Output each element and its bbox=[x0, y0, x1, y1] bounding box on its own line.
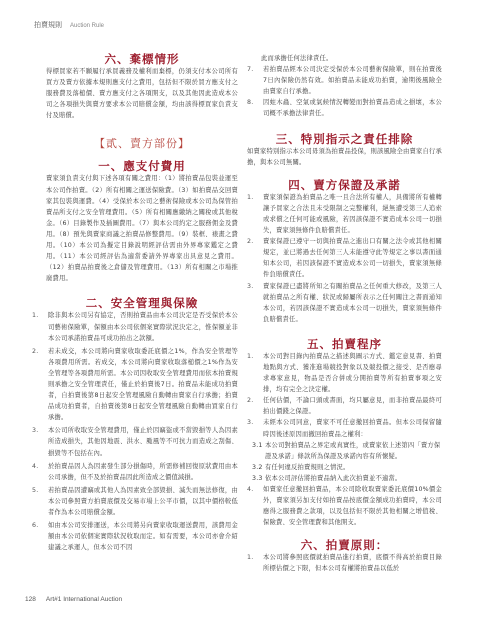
list-item: 2.賣家保證已遵守一切與拍賣品之進出口有關之法令或其他相關規定，並已將過去任何第… bbox=[247, 236, 442, 280]
section-title-procedure: 五、拍賣程序 bbox=[247, 337, 442, 351]
list-item: 3.賣家保證已盡將所知之有關拍賣品之任何重大修改，及第三人就拍賣品之所有權、狀況… bbox=[247, 281, 442, 325]
list-item: 5.若拍賣品因遭竊或其他人為因素致全部毀損、滅失而無法修復，由本公司參照賣方拍賣… bbox=[32, 485, 238, 518]
continued-text: 此而承擔任何法律責任。 bbox=[247, 53, 442, 64]
list-item: 2.若未成交，本公司將向賣家收取委託底價之1%，作為安全管理等各項費用所需。若成… bbox=[32, 346, 238, 424]
sub-list-item: 3.1本公司對拍賣品之界定或真實性，或賣家依上述第四「賣方保證及承諾」條款所為保… bbox=[247, 440, 442, 462]
list-item: 1.除非與本公司另有協定，否則拍賣品由本公司決定是否受保於本公司藝術保險單，保額… bbox=[32, 310, 238, 343]
section-title-instructions: 三、特別指示之責任排除 bbox=[247, 132, 442, 146]
section-title-warranties: 四、賣方保證及承諾 bbox=[247, 178, 442, 192]
left-column: 六、棄標情形 得標買家若不願履行承買義務及權利而棄標，仍須支付本公司所有買方及賣… bbox=[46, 0, 238, 553]
list-item: 4.於拍賣品因人為因素發生部分損傷時，所需修補回復原狀費用由本公司承擔，但不及於… bbox=[32, 461, 238, 483]
section-body-forfeit: 得標買家若不願履行承買義務及權利而棄標，仍須支付本公司所有買方及賣方依據本規則應… bbox=[46, 66, 238, 121]
page-number: 128 bbox=[25, 596, 36, 603]
list-item: 2.任何估價，不論口頭或書面，均只屬意見，而非拍賣品最終可拍出價錢之保證。 bbox=[247, 395, 442, 417]
list-item: 4.如賣家任意撤回拍賣品，本公司除收取賣家委託底價10%價金外，賣家須另加支付如… bbox=[247, 484, 442, 528]
section-body-instructions: 如賣家特別指示本公司毋須為拍賣品投保，則該風險全由賣家自行承擔，與本公司無關。 bbox=[247, 146, 442, 168]
section-body-fees: 賣家須負責支付與下述各項有關之費用：（1）將拍賣品包裝並運至本公司作拍賣。（2）… bbox=[46, 173, 238, 284]
list-item: 6.如由本公司安排運送，本公司將另向賣家收取運送費用，該費用金額由本公司依個案實… bbox=[32, 520, 238, 553]
list-item: 3.本公司所收取安全管理費用，僅止於因竊盜或不當毀損等人為因素所造成損失，其他因… bbox=[32, 425, 238, 458]
list-item: 3.未經本公司同意，賣家不可任意撤回拍賣品。但本公司保留隨時因後述原因而撤回拍賣… bbox=[247, 417, 442, 439]
publication-name: Art#1 International Auction bbox=[46, 596, 122, 603]
list-item: 1.賣家須保證為拍賣品之唯一且合法所有權人，具備將所有權轉讓予買家之合法且未受限… bbox=[247, 192, 442, 236]
list-item: 1.本公司將參照底價就拍賣品進行拍賣，底價不得高於拍賣目錄所標估價之下限，但本公… bbox=[247, 552, 442, 574]
section-title-fees: 一、應支付費用 bbox=[46, 159, 238, 173]
page-footer: 128 Art#1 International Auction bbox=[25, 596, 122, 603]
section-title-principles: 六、拍賣原則： bbox=[247, 538, 442, 552]
list-item: 8.因蛀木蟲、空氣或氣候情況轉變而對拍賣品造成之損壞，本公司概不承擔法律責任。 bbox=[247, 97, 442, 119]
list-item: 7.若拍賣品經本公司決定受保於本公司藝術保險單，則在拍賣後7日內保險仍然有效。如… bbox=[247, 64, 442, 97]
section-title-forfeit: 六、棄標情形 bbox=[46, 52, 238, 66]
security-list: 1.除非與本公司另有協定，否則拍賣品由本公司決定是否受保於本公司藝術保險單，保額… bbox=[46, 310, 238, 553]
right-column: 此而承擔任何法律責任。 7.若拍賣品經本公司決定受保於本公司藝術保險單，則在拍賣… bbox=[247, 0, 442, 575]
part-title-seller: 【貳、賣方部份】 bbox=[46, 137, 238, 151]
sub-list-item: 3.2有任何違反拍賣規則之情況。 bbox=[247, 462, 442, 473]
list-item: 1.本公司對目錄內拍賣品之描述與圖示方式、鑑定意見書、拍賣地點與方式、獲准進場競… bbox=[247, 351, 442, 395]
sub-list-item: 3.3依本公司評估將拍賣品納入此次拍賣並不適當。 bbox=[247, 473, 442, 484]
section-title-security: 二、安全管理與保險 bbox=[46, 296, 238, 310]
